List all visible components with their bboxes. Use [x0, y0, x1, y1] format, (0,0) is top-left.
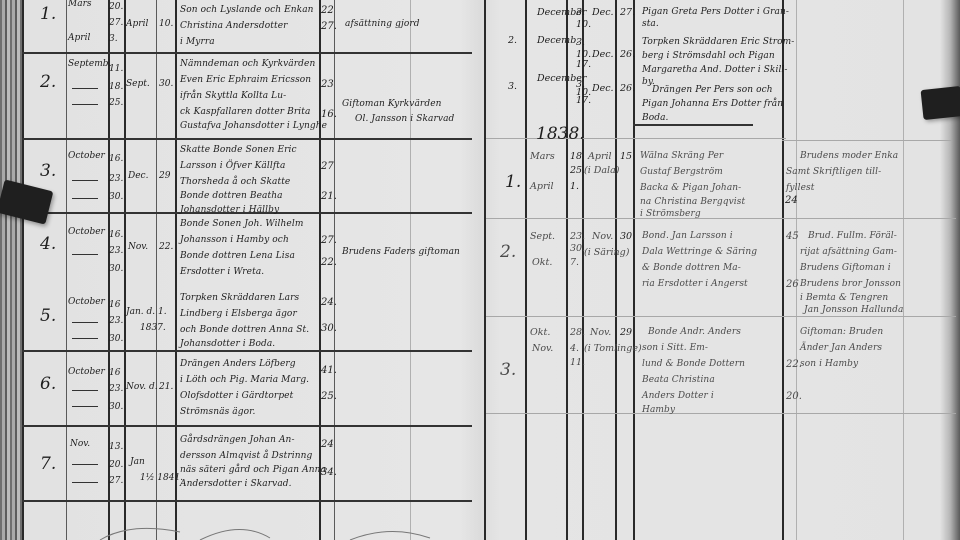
age: 30. [321, 324, 337, 334]
age: 27. [321, 236, 337, 246]
marriage-month: Dec. [592, 8, 614, 18]
right-column-rule-names [782, 0, 784, 540]
banns-day: 25. [109, 96, 123, 110]
remark: son i Hamby [800, 360, 858, 369]
marriage-note: (i Dala) [584, 166, 619, 176]
row-divider [486, 316, 956, 317]
row-divider [782, 140, 952, 141]
entry-text-line: Nämndeman och Kyrkvärden [180, 60, 315, 69]
entry-text-line: Margaretha And. Dotter i Skill- [642, 66, 788, 75]
banns-day: 16 [109, 366, 120, 380]
ditto-mark [72, 464, 98, 465]
marriage-note: (i Tomlinge) [584, 344, 642, 354]
entry-text-line: i Myrra [180, 38, 215, 47]
entry-text-line: Gustaf Bergström [640, 168, 723, 177]
entry-text-line: Larsson i Öfver Källfta [180, 162, 285, 171]
banns-day: 30. [109, 400, 123, 414]
bookmark-tab-right [921, 86, 960, 120]
banns-day: 28. [570, 328, 585, 338]
age: 21. [321, 192, 337, 202]
banns-day: 17. [576, 60, 591, 70]
age: 24. [321, 298, 337, 308]
banns-day: 23. [570, 232, 585, 242]
banns-day: 7. [570, 258, 579, 268]
entry-text-line: berg i Strömsdahl och Pigan [642, 52, 775, 61]
banns-day: 30. [109, 332, 123, 346]
banns-day: 30. [109, 262, 123, 276]
marriage-month: Dec. [592, 84, 614, 94]
entry-text-line: ifrån Skyttla Kollta Lu- [180, 92, 286, 101]
ditto-mark [72, 104, 98, 105]
remark: Samt Skriftligen till- [786, 168, 881, 177]
banns-month: October [68, 152, 105, 161]
entry-number: 2. [40, 74, 56, 91]
banns-day: 16. [109, 152, 123, 166]
entry-text-line: Even Eric Ephraim Ericsson [180, 76, 311, 85]
banns-day: 25. [570, 166, 585, 176]
entry-text-line: Olofsdotter i Gärdtorpet [180, 392, 293, 401]
year-heading: 1838. [536, 126, 585, 143]
entry-text-line: na Christina Bergqvist [640, 198, 745, 207]
entry-text-line: ria Ersdotter i Angerst [642, 280, 748, 289]
entry-text-line: i Löth och Pig. Maria Marg. [180, 376, 309, 385]
banns-month: Okt. [530, 328, 550, 338]
right-column-rule-faint [903, 0, 904, 540]
entry-number: 4. [40, 236, 56, 253]
banns-day: 27. [109, 16, 123, 30]
entry-number: 2. [500, 244, 516, 261]
row-divider [22, 350, 472, 352]
banns-day: 10. [576, 20, 591, 30]
age: 27 [321, 162, 334, 172]
banns-month: Nov. [532, 344, 553, 354]
remark: i Bemta & Tengren [800, 294, 888, 303]
banns-day: 3. [576, 8, 585, 18]
entry-text-line: Drängen Per Pers son och [652, 86, 773, 95]
entry-number: 6. [40, 376, 56, 393]
banns-day: 3. [109, 32, 118, 46]
banns-month: Mars [530, 152, 555, 162]
column-rule-marriage-month [156, 0, 157, 540]
banns-day: 13. [109, 440, 123, 454]
banns-month: Mars [68, 0, 92, 9]
age: 25. [321, 392, 337, 402]
row-divider [486, 218, 956, 219]
banns-month: October [68, 368, 105, 377]
entry-text-line: Bond. Jan Larsson i [642, 232, 733, 241]
marriage-day: 26. [620, 50, 635, 60]
age: 24 [321, 440, 334, 450]
entry-text-line: Christina Andersdotter [180, 22, 288, 31]
remark: rijat afsättning Gam- [800, 248, 897, 257]
age: 24 [785, 196, 798, 206]
age: 20. [786, 392, 802, 402]
remark: Giftoman Kyrkvärden [342, 100, 442, 109]
entry-text-line: Ersdotter i Wreta. [180, 268, 264, 277]
banns-month: Septemb. [68, 60, 111, 69]
ditto-mark [72, 322, 98, 323]
banns-month: April [68, 34, 90, 43]
remark: Brud. Fullm. Föräl- [808, 232, 897, 241]
entry-text-line: Torpken Skräddaren Lars [180, 294, 299, 303]
banns-month: April [530, 182, 554, 192]
marriage-day: 30 [620, 232, 632, 242]
banns-day: 16. [109, 228, 123, 242]
remark: Jan Jonsson Hallunda [804, 306, 903, 315]
banns-day: 30. [570, 244, 585, 254]
right-column-rule-ages [796, 0, 797, 540]
banns-day: 1. [570, 182, 579, 192]
banns-month: October [68, 298, 105, 307]
column-rule-faint [410, 0, 411, 540]
ditto-mark [72, 482, 98, 483]
ditto-mark [72, 390, 98, 391]
gutter-rule [484, 0, 486, 540]
entry-number: 3. [40, 163, 56, 180]
banns-day: 23. [109, 172, 123, 186]
entry-text-line: Son och Lyslande och Enkan [180, 6, 314, 15]
remark: fyllest [786, 184, 814, 193]
age: 22. [321, 258, 337, 268]
entry-text-line: och Bonde dottren Anna St. [180, 326, 309, 335]
right-column-rule-day [633, 0, 635, 540]
marriage-month: Jan [130, 458, 145, 467]
row-divider [22, 52, 472, 54]
marriage-month: April [126, 20, 148, 29]
row-divider [486, 138, 786, 139]
entry-text-line: Pigan Greta Pers Dotter i Gran- [642, 8, 789, 17]
right-column-rule-marriage [615, 0, 617, 540]
marriage-month: Nov. [590, 328, 611, 338]
entry-text-line: näs säteri gård och Pigan Anna [180, 466, 326, 475]
entry-text-line: i Strömsberg [640, 210, 701, 219]
column-rule-ages [334, 0, 335, 540]
banns-day: 27. [109, 474, 123, 488]
banns-day: 16 [109, 298, 120, 312]
entry-text-line: & Bonde dottren Ma- [642, 264, 741, 273]
marriage-month: Nov. [128, 243, 148, 252]
entry-text-line: sta. [642, 20, 659, 29]
banns-day: 23. [109, 244, 123, 258]
entry-number: 2. [508, 36, 517, 46]
marriage-day: 15 [620, 152, 632, 162]
entry-number: 1. [40, 6, 56, 23]
banns-day: 18. [109, 80, 123, 94]
entry-text-line: Pigan Johanna Ers Dotter från [642, 100, 783, 109]
marriage-month: Jan. d. 1. [126, 308, 167, 317]
marriage-day: 30. [159, 80, 173, 89]
entry-text-line: Dala Wettringe & Säring [642, 248, 757, 257]
banns-month: Okt. [532, 258, 552, 268]
age: 45 [786, 232, 799, 242]
remark: Giftoman: Bruden [800, 328, 883, 337]
entry-text-line: Johansdotter i Boda. [180, 340, 275, 349]
age: 34. [321, 468, 337, 478]
entry-text-line: Backa & Pigan Johan- [640, 184, 741, 193]
row-divider-final [22, 500, 472, 502]
remark: Änder Jan Anders [800, 344, 882, 353]
ditto-mark [72, 88, 98, 89]
banns-month: October [68, 228, 105, 237]
entry-text-line: Anders Dotter i [642, 392, 714, 401]
entry-text-line: Bonde dottren Lena Lisa [180, 252, 295, 261]
age: 26 [786, 280, 799, 290]
entry-number: 5. [40, 308, 56, 325]
entry-text-line: son i Sitt. Em- [642, 344, 708, 353]
entry-text-line: Gårdsdrängen Johan An- [180, 436, 295, 445]
marriage-day: 22. [159, 243, 173, 252]
marriage-month: Dec. [128, 172, 148, 181]
entry-number: 1. [505, 174, 521, 191]
banns-day: 30. [109, 190, 123, 204]
remark: Brudens Faders giftoman [342, 248, 460, 257]
remark: afsättning gjord [345, 20, 420, 29]
remark: Brudens moder Enka [800, 152, 898, 161]
entry-text-line: Johansdotter i Hällby [180, 206, 279, 215]
ditto-mark [72, 406, 98, 407]
marriage-day: 29 [620, 328, 632, 338]
entry-text-line: Bonde Andr. Anders [648, 328, 741, 337]
book-binding-right [950, 0, 960, 540]
row-divider [22, 138, 472, 140]
banns-day: 20. [109, 458, 123, 472]
entry-text-line: Bonde dottren Beatha [180, 192, 283, 201]
ditto-mark [72, 254, 98, 255]
banns-day: 23. [109, 314, 123, 328]
marriage-day: 26. [620, 84, 635, 94]
entry-number: 3. [508, 82, 517, 92]
entry-text-line: Skatte Bonde Sonen Eric [180, 146, 297, 155]
marriage-note: (i Säring) [584, 248, 629, 258]
entry-number: 7. [40, 456, 56, 473]
entry-text-line: dersson Almqvist å Dstrinng [180, 452, 312, 461]
marriage-day: 1½ 1841. [140, 474, 183, 483]
entry-text-line: Torpken Skräddaren Eric Strom- [642, 38, 794, 47]
entry-text-line: Beata Christina [642, 376, 715, 385]
row-divider [486, 413, 956, 414]
age: 27. [321, 22, 337, 32]
banns-day: 23. [109, 382, 123, 396]
age: 16. [321, 110, 337, 120]
column-rule-number [66, 0, 67, 540]
entry-text-line: ck Kaspfallaren dotter Brita [180, 108, 310, 117]
entry-text-line: Drängen Anders Löfberg [180, 360, 296, 369]
column-rule-marriage-day [175, 0, 177, 540]
banns-day: 18 [570, 152, 582, 162]
entry-text-line: Gustafva Johansdotter i Lynghe [180, 122, 327, 131]
entry-number: 3. [500, 362, 516, 379]
remark: Ol. Jansson i Skarvad [355, 115, 454, 124]
marriage-day: 10. [159, 20, 173, 29]
entry-end-flourish [633, 124, 753, 126]
ditto-mark [72, 198, 98, 199]
marriage-month: Nov. d. [126, 383, 158, 392]
age: 41. [321, 366, 337, 376]
marriage-month: Dec. [592, 50, 614, 60]
age: 23 [321, 80, 334, 90]
entry-text-line: lund & Bonde Dottern [642, 360, 745, 369]
age: 22 [321, 6, 334, 16]
entry-text-line: Lindberg i Elsberga ägor [180, 310, 297, 319]
banns-month: Nov. [70, 440, 90, 449]
marriage-month: Sept. [126, 80, 150, 89]
page-edge-rule [22, 0, 24, 540]
banns-day: 17. [576, 96, 591, 106]
right-column-rule-number [525, 0, 527, 540]
entry-text-line: Wälna Skräng Per [640, 152, 723, 161]
banns-day: 11. [109, 62, 123, 76]
entry-text-line: Boda. [642, 114, 669, 123]
remark: Brudens bror Jonsson [800, 280, 901, 289]
banns-day: 20. [109, 0, 123, 14]
bleed-through-arcs [90, 520, 470, 540]
marriage-month: April [588, 152, 612, 162]
marriage-day: 29 [159, 172, 170, 181]
banns-day: 3. [576, 38, 585, 48]
banns-day: 4. [570, 344, 579, 354]
banns-day: 11. [570, 358, 585, 368]
marriage-year: 1837. [140, 324, 166, 333]
entry-text-line: Bonde Sonen Joh. Wilhelm [180, 220, 303, 229]
book-binding-left [0, 0, 22, 540]
banns-month: Sept. [530, 232, 555, 242]
row-divider [22, 425, 472, 427]
entry-text-line: Hamby [642, 406, 675, 415]
marriage-month: Nov. [592, 232, 613, 242]
ditto-mark [72, 338, 98, 339]
entry-text-line: Thorsheda å och Skatte [180, 178, 290, 187]
marriage-day: 27. [620, 8, 635, 18]
register-scan: 1. Mars April 20. 27. 3. April 10. Son o… [0, 0, 960, 540]
banns-month: Decemb. [537, 36, 579, 46]
remark: Brudens Giftoman i [800, 264, 891, 273]
entry-text-line: Johansson i Hamby och [180, 236, 289, 245]
entry-text-line: Andersdotter i Skarvad. [180, 480, 292, 489]
ditto-mark [72, 180, 98, 181]
marriage-day: 21. [159, 383, 173, 392]
entry-text-line: Strömsnäs ägor. [180, 408, 256, 417]
